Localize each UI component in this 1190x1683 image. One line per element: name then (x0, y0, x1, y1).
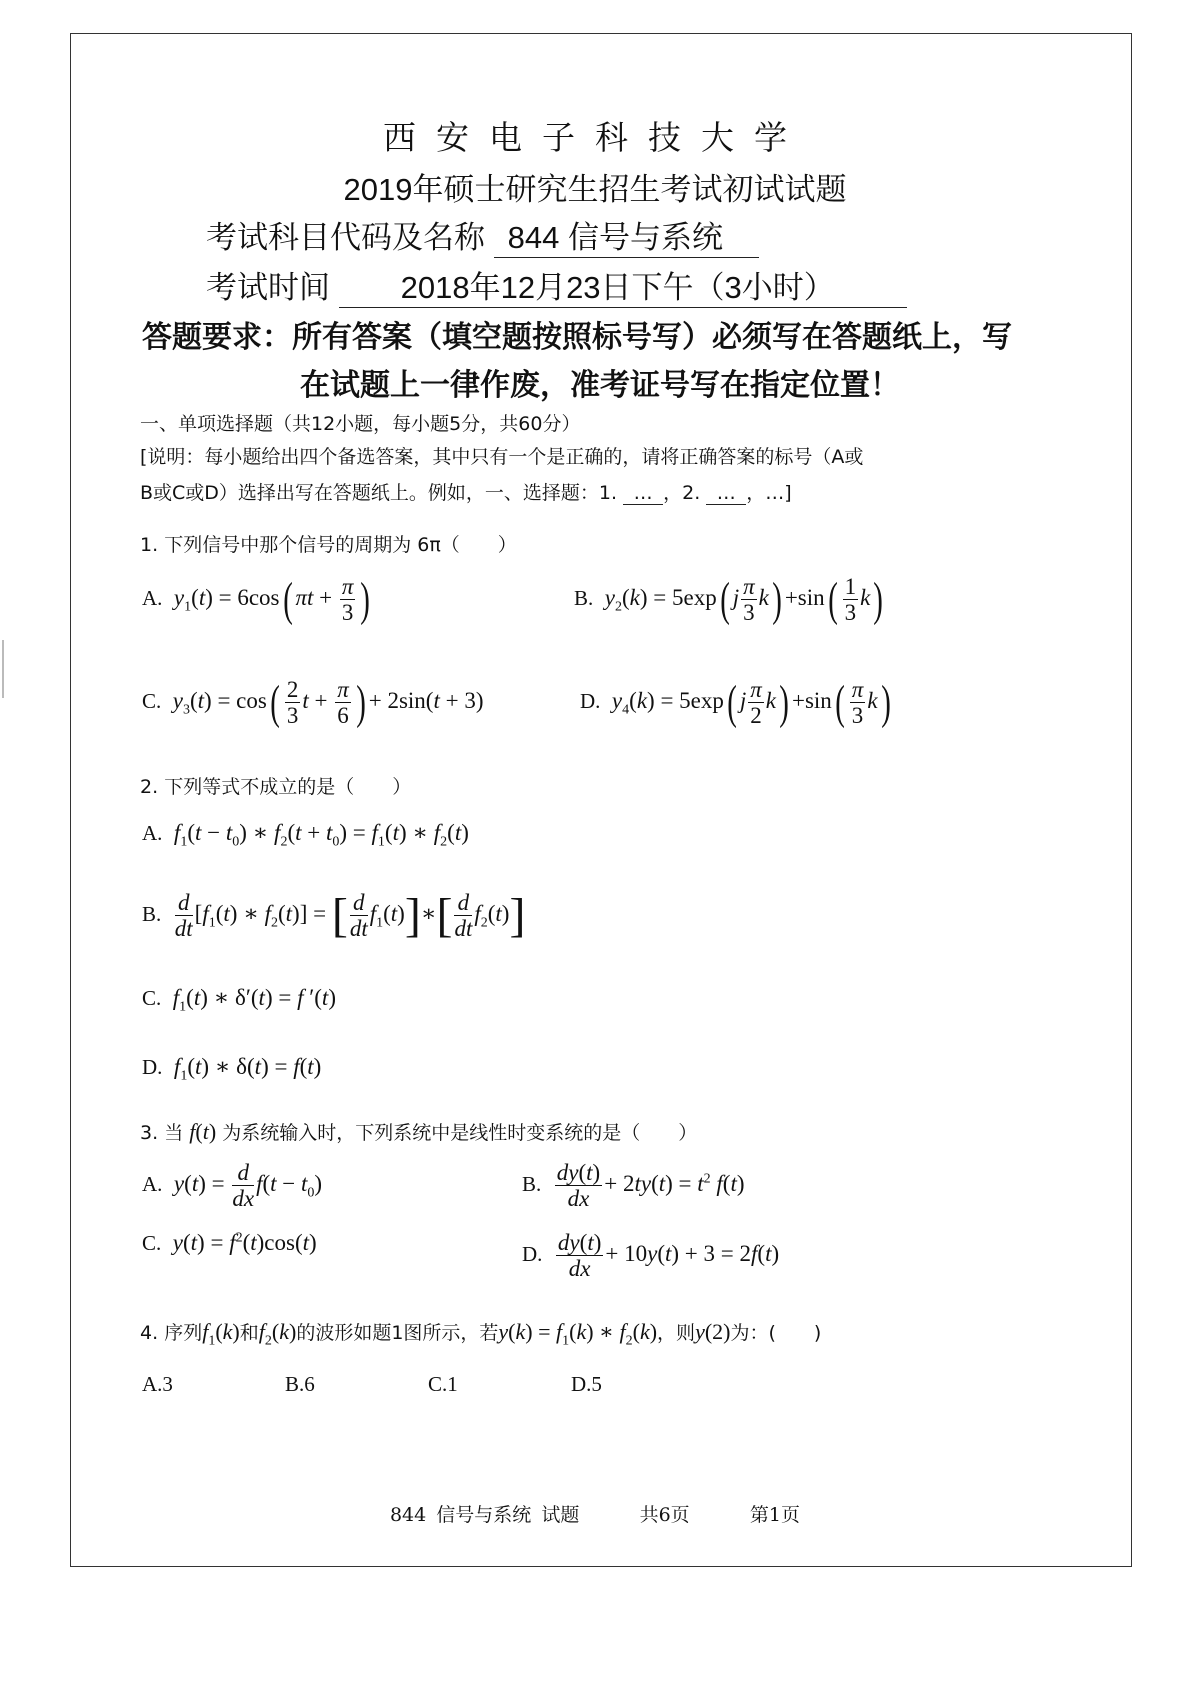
question-4-option-b[interactable]: B.6 (285, 1372, 315, 1397)
section-note-line-1: [说明：每小题给出四个备选答案，其中只有一个是正确的，请将正确答案的标号（A或 (140, 442, 863, 469)
question-1-option-b[interactable]: B. y2(k) = 5exp(jπ3k)+sin(13k) (574, 572, 886, 627)
time-label: 考试时间 (206, 262, 330, 307)
question-3-option-c[interactable]: C. y(t) = f2(t)cos(t) (142, 1230, 317, 1256)
question-1-option-a[interactable]: A. y1(t) = 6cos(πt + π3) (142, 572, 373, 627)
question-4-option-a[interactable]: A.3 (142, 1372, 173, 1397)
question-3-option-b[interactable]: B. dy(t)dx+ 2ty(t) = t2 f(t) (522, 1160, 745, 1212)
requirement-line-2: 在试题上一律作废，准考证号写在指定位置！ (300, 360, 900, 404)
question-4-stem: 4. 序列f1(k)和f2(k)的波形如题1图所示，若y(k) = f1(k) … (140, 1318, 821, 1349)
question-1-stem: 1. 下列信号中那个信号的周期为 6π（ ） (140, 530, 517, 557)
question-1-option-d[interactable]: D. y4(k) = 5exp(jπ2k)+sin(π3k) (580, 675, 894, 730)
university-name: 西安电子科技大学 (0, 112, 1190, 159)
question-2-option-c[interactable]: C. f1(t) ∗ δ′(t) = f ′(t) (142, 985, 336, 1016)
question-4-option-d[interactable]: D.5 (571, 1372, 602, 1397)
question-2-option-d[interactable]: D. f1(t) ∗ δ(t) = f(t) (142, 1054, 321, 1085)
footer-subject: 844 信号与系统 试题 (390, 1504, 579, 1526)
requirement-line-1: 答题要求：所有答案（填空题按照标号写）必须写在答题纸上，写 (142, 312, 1012, 356)
question-4-option-c[interactable]: C.1 (428, 1372, 458, 1397)
footer-total-pages: 共6页 (640, 1504, 690, 1526)
time-row: 考试时间 2018年12月23日下午（3小时） (206, 262, 907, 308)
question-1-option-c[interactable]: C. y3(t) = cos(23t + π6)+ 2sin(t + 3) (142, 675, 483, 730)
example-blank-2: … (706, 482, 746, 505)
question-3-option-a[interactable]: A. y(t) = ddxf(t − t0) (142, 1160, 322, 1212)
question-3-option-d[interactable]: D. dy(t)dx+ 10y(t) + 3 = 2f(t) (522, 1230, 779, 1282)
subject-row: 考试科目代码及名称 844 信号与系统 (206, 212, 759, 258)
question-2-stem: 2. 下列等式不成立的是（ ） (140, 772, 411, 799)
time-value: 2018年12月23日下午（3小时） (339, 262, 907, 308)
question-2-option-a[interactable]: A. f1(t − t0) ∗ f2(t + t0) = f1(t) ∗ f2(… (142, 820, 469, 851)
footer-page-number: 第1页 (750, 1504, 800, 1526)
section-note-line-2: B或C或D）选择出写在答题纸上。例如，一、选择题：1. …，2. …，…] (140, 478, 792, 505)
example-blank-1: … (623, 482, 663, 505)
section-title: 一、单项选择题（共12小题，每小题5分，共60分） (140, 409, 580, 436)
question-3-stem: 3. 当 f(t) 为系统输入时，下列系统中是线性时变系统的是（ ） (140, 1118, 697, 1145)
subject-value: 844 信号与系统 (494, 212, 759, 258)
subject-label: 考试科目代码及名称 (206, 212, 485, 257)
scan-artifact (2, 640, 4, 698)
page-footer: 844 信号与系统 试题 共6页 第1页 (0, 1500, 1190, 1527)
question-2-option-b[interactable]: B. ddt[f1(t) ∗ f2(t)] = [ddtf1(t)]∗[ddtf… (142, 888, 525, 943)
exam-title: 2019年硕士研究生招生考试初试试题 (0, 164, 1190, 209)
